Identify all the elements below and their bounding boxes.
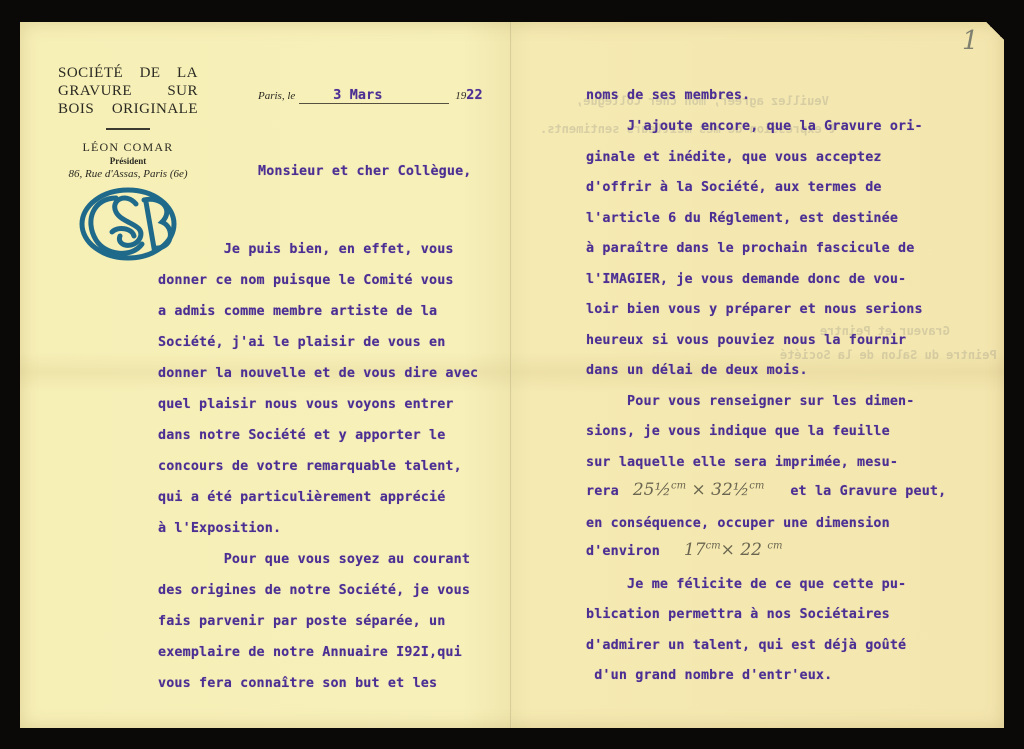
body-line: Société, j'ai le plaisir de vous en	[158, 335, 445, 350]
body-line: en conséquence, occuper une dimension	[586, 516, 890, 531]
body-line: Pour vous renseigner sur les dimen-	[586, 394, 914, 409]
letterhead-divider	[106, 128, 150, 130]
body-line: blication permettra à nos Sociétaires	[586, 607, 890, 622]
body-line: vous fera connaître son but et les	[158, 676, 437, 691]
handwritten-value: 32½	[711, 480, 749, 500]
handwritten-value: 17	[684, 540, 706, 560]
body-line: Je me félicite de ce que cette pu-	[586, 577, 906, 592]
body-line: donner ce nom puisque le Comité vous	[158, 273, 454, 288]
letterhead: SOCIÉTÉ DE LA GRAVURE SUR BOIS ORIGINALE…	[58, 64, 198, 180]
body-line: J'ajoute encore, que la Gravure ori-	[586, 119, 923, 134]
date-place-prefix: Paris, le	[258, 90, 295, 102]
center-fold	[510, 22, 512, 728]
body-line: quel plaisir nous vous voyons entrer	[158, 397, 454, 412]
org-name-line: BOIS ORIGINALE	[58, 100, 198, 118]
body-line: l'IMAGIER, je vous demande donc de vou-	[586, 272, 906, 287]
handwritten-dimension: 25½cm × 32½cm	[633, 480, 764, 500]
body-line: loir bien vous y préparer et nous serion…	[586, 302, 923, 317]
handwritten-value: 25½	[633, 480, 671, 500]
body-line: a admis comme membre artiste de la	[158, 304, 437, 319]
torn-corner	[984, 20, 1006, 42]
body-line: sur laquelle elle sera imprimée, mesu-	[586, 455, 898, 470]
date-year-printed: 19	[455, 90, 466, 102]
body-text: et la Gravure peut,	[790, 484, 946, 499]
body-line: fais parvenir par poste séparée, un	[158, 614, 445, 629]
body-line: à l'Exposition.	[158, 521, 281, 536]
handwritten-unit: cm	[767, 540, 782, 551]
date-day-month: 3 Mars	[299, 88, 449, 104]
body-line: dans notre Société et y apporter le	[158, 428, 445, 443]
body-line: des origines de notre Société, je vous	[158, 583, 470, 598]
body-line: Pour que vous soyez au courant	[158, 552, 470, 567]
page-number: 1	[962, 26, 979, 56]
president-name: LÉON COMAR	[58, 140, 198, 155]
body-line: ginale et inédite, que vous acceptez	[586, 150, 882, 165]
salutation: Monsieur et cher Collègue,	[258, 164, 472, 179]
org-name-line: GRAVURE SUR	[58, 82, 198, 100]
handwritten-unit: cm	[671, 480, 686, 491]
body-line: sions, je vous indique que la feuille	[586, 424, 890, 439]
body-line: Je puis bien, en effet, vous	[158, 242, 454, 257]
handwritten-value: 22	[740, 540, 762, 560]
body-line: l'article 6 du Réglement, est destinée	[586, 211, 898, 226]
letter-sheet: 1 Veuillez agréer, mon cher Collègue, l'…	[20, 22, 1004, 728]
sheet-size-line: rera 25½cm × 32½cm et la Gravure peut,	[586, 480, 946, 500]
handwritten-unit: cm	[749, 480, 764, 491]
date-line: Paris, le 3 Mars 19 22	[258, 88, 498, 104]
body-line: concours de votre remarquable talent,	[158, 459, 462, 474]
society-address: 86, Rue d'Assas, Paris (6e)	[58, 168, 198, 180]
date-year-typed: 22	[466, 88, 482, 103]
body-text: d'environ	[586, 544, 660, 559]
engraving-size-line: d'environ 17cm× 22 cm	[586, 540, 782, 560]
body-line: dans un délai de deux mois.	[586, 363, 808, 378]
handwritten-times: ×	[691, 480, 705, 500]
president-title: Président	[58, 156, 198, 166]
body-line: d'offrir à la Société, aux termes de	[586, 180, 882, 195]
body-line: heureux si vous pouviez nous la fournir	[586, 333, 906, 348]
body-line: d'admirer un talent, qui est déjà goûté	[586, 638, 906, 653]
body-line: noms de ses membres.	[586, 88, 750, 103]
body-line: donner la nouvelle et de vous dire avec	[158, 366, 478, 381]
handwritten-unit: cm	[706, 540, 721, 551]
handwritten-times: ×	[721, 540, 735, 560]
body-line: qui a été particulièrement apprécié	[158, 490, 445, 505]
body-line: exemplaire de notre Annuaire I92I,qui	[158, 645, 462, 660]
bleed-through-text: Peintre du Salon de la Société	[780, 348, 997, 362]
body-line: d'un grand nombre d'entr'eux.	[586, 668, 832, 683]
body-line: à paraître dans le prochain fascicule de	[586, 241, 914, 256]
handwritten-dimension: 17cm× 22 cm	[684, 540, 783, 560]
body-text: rera	[586, 484, 619, 499]
org-name-line: SOCIÉTÉ DE LA	[58, 64, 198, 82]
